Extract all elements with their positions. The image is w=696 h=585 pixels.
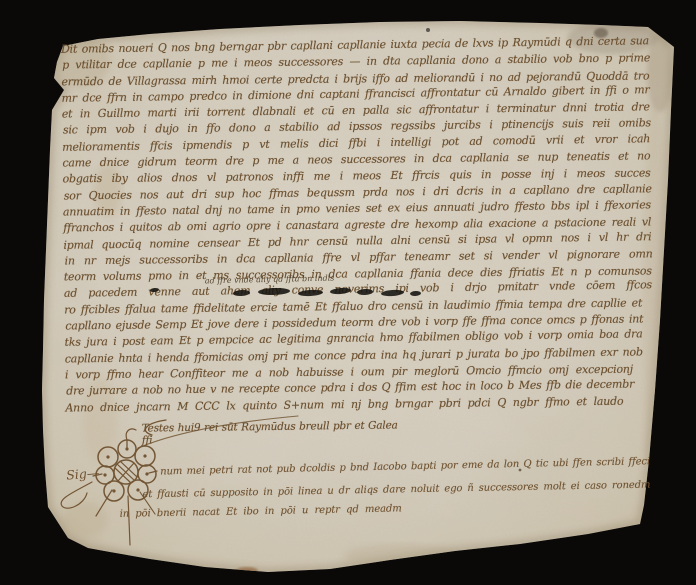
stain-bottom-left [63, 502, 107, 538]
stain-bottom-rust-spot [236, 567, 258, 575]
stain-left-upper [94, 163, 122, 217]
stain-right-corner-streak [647, 32, 673, 112]
stain-right-margin-band [643, 100, 667, 480]
ink-speck-mid [519, 469, 522, 472]
parchment-sheet [36, 14, 682, 580]
ink-speck-top [426, 28, 430, 32]
stain-left-lower [83, 378, 117, 462]
stain-top-left-corner [50, 36, 110, 88]
manuscript-photograph: Dit omibs noueri Q nos bng berngar pbr c… [0, 0, 696, 585]
parchment-grain-texture [36, 14, 682, 580]
stain-bottom-center [344, 544, 456, 568]
stain-top-right-smudge [567, 22, 657, 54]
stain-top-right-blot [594, 28, 608, 38]
